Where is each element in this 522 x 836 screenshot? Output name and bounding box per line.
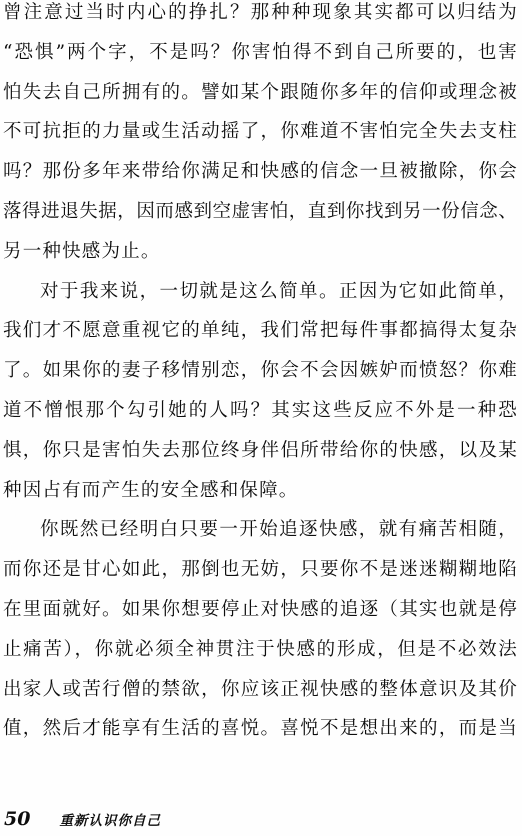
paragraph-1: 曾注意过当时内心的挣扎？那种种现象其实都可以归结为 “恐惧”两个字，不是吗？你害… (3, 0, 517, 272)
text-line: 我们才不愿意重视它的单纯，我们常把每件事都搞得太复杂 (3, 311, 517, 351)
paragraph-2: 对于我来说，一切就是这么简单。正因为它如此简单， 我们才不愿意重视它的单纯，我们… (3, 272, 517, 511)
text-line: 怕失去自己所拥有的。譬如某个跟随你多年的信仰或理念被 (3, 73, 517, 113)
paragraph-3: 你既然已经明白只要一开始追逐快感，就有痛苦相随， 而你还是甘心如此，那倒也无妨，… (3, 510, 517, 749)
text-line: 在里面就好。如果你想要停止对快感的追逐（其实也就是停 (3, 590, 517, 630)
book-page: 曾注意过当时内心的挣扎？那种种现象其实都可以归结为 “恐惧”两个字，不是吗？你害… (0, 0, 522, 836)
text-line: 了。如果你的妻子移情别恋，你会不会因嫉妒而愤怒？你难 (3, 351, 517, 391)
text-line: 落得进退失据，因而感到空虚害怕，直到你找到另一份信念、 (3, 192, 517, 232)
text-line: 不可抗拒的力量或生活动摇了，你难道不害怕完全失去支柱 (3, 112, 517, 152)
text-line: 对于我来说，一切就是这么简单。正因为它如此简单， (3, 272, 517, 312)
body-text: 曾注意过当时内心的挣扎？那种种现象其实都可以归结为 “恐惧”两个字，不是吗？你害… (3, 0, 517, 749)
page-number: 50 (4, 808, 30, 830)
text-line: 止痛苦），你就必须全神贯注于快感的形成，但是不必效法 (3, 630, 517, 670)
text-line: 曾注意过当时内心的挣扎？那种种现象其实都可以归结为 (3, 0, 517, 33)
text-line: 吗？那份多年来带给你满足和快感的信念一旦被撤除，你会 (3, 152, 517, 192)
book-title: 重新认识你自己 (59, 812, 161, 830)
text-line: 而你还是甘心如此，那倒也无妨，只要你不是迷迷糊糊地陷 (3, 550, 517, 590)
text-line: 出家人或苦行僧的禁欲，你应该正视快感的整体意识及其价 (3, 670, 517, 710)
page-footer: 50 重新认识你自己 (4, 808, 514, 830)
text-line: 种因占有而产生的安全感和保障。 (3, 471, 517, 511)
text-line: 另一种快感为止。 (3, 232, 517, 272)
text-line: 惧，你只是害怕失去那位终身伴侣所带给你的快感，以及某 (3, 431, 517, 471)
text-line: “恐惧”两个字，不是吗？你害怕得不到自己所要的，也害 (3, 33, 517, 73)
text-line: 道不憎恨那个勾引她的人吗？其实这些反应不外是一种恐 (3, 391, 517, 431)
text-line: 值，然后才能享有生活的喜悦。喜悦不是想出来的，而是当 (3, 709, 517, 749)
text-line: 你既然已经明白只要一开始追逐快感，就有痛苦相随， (3, 510, 517, 550)
